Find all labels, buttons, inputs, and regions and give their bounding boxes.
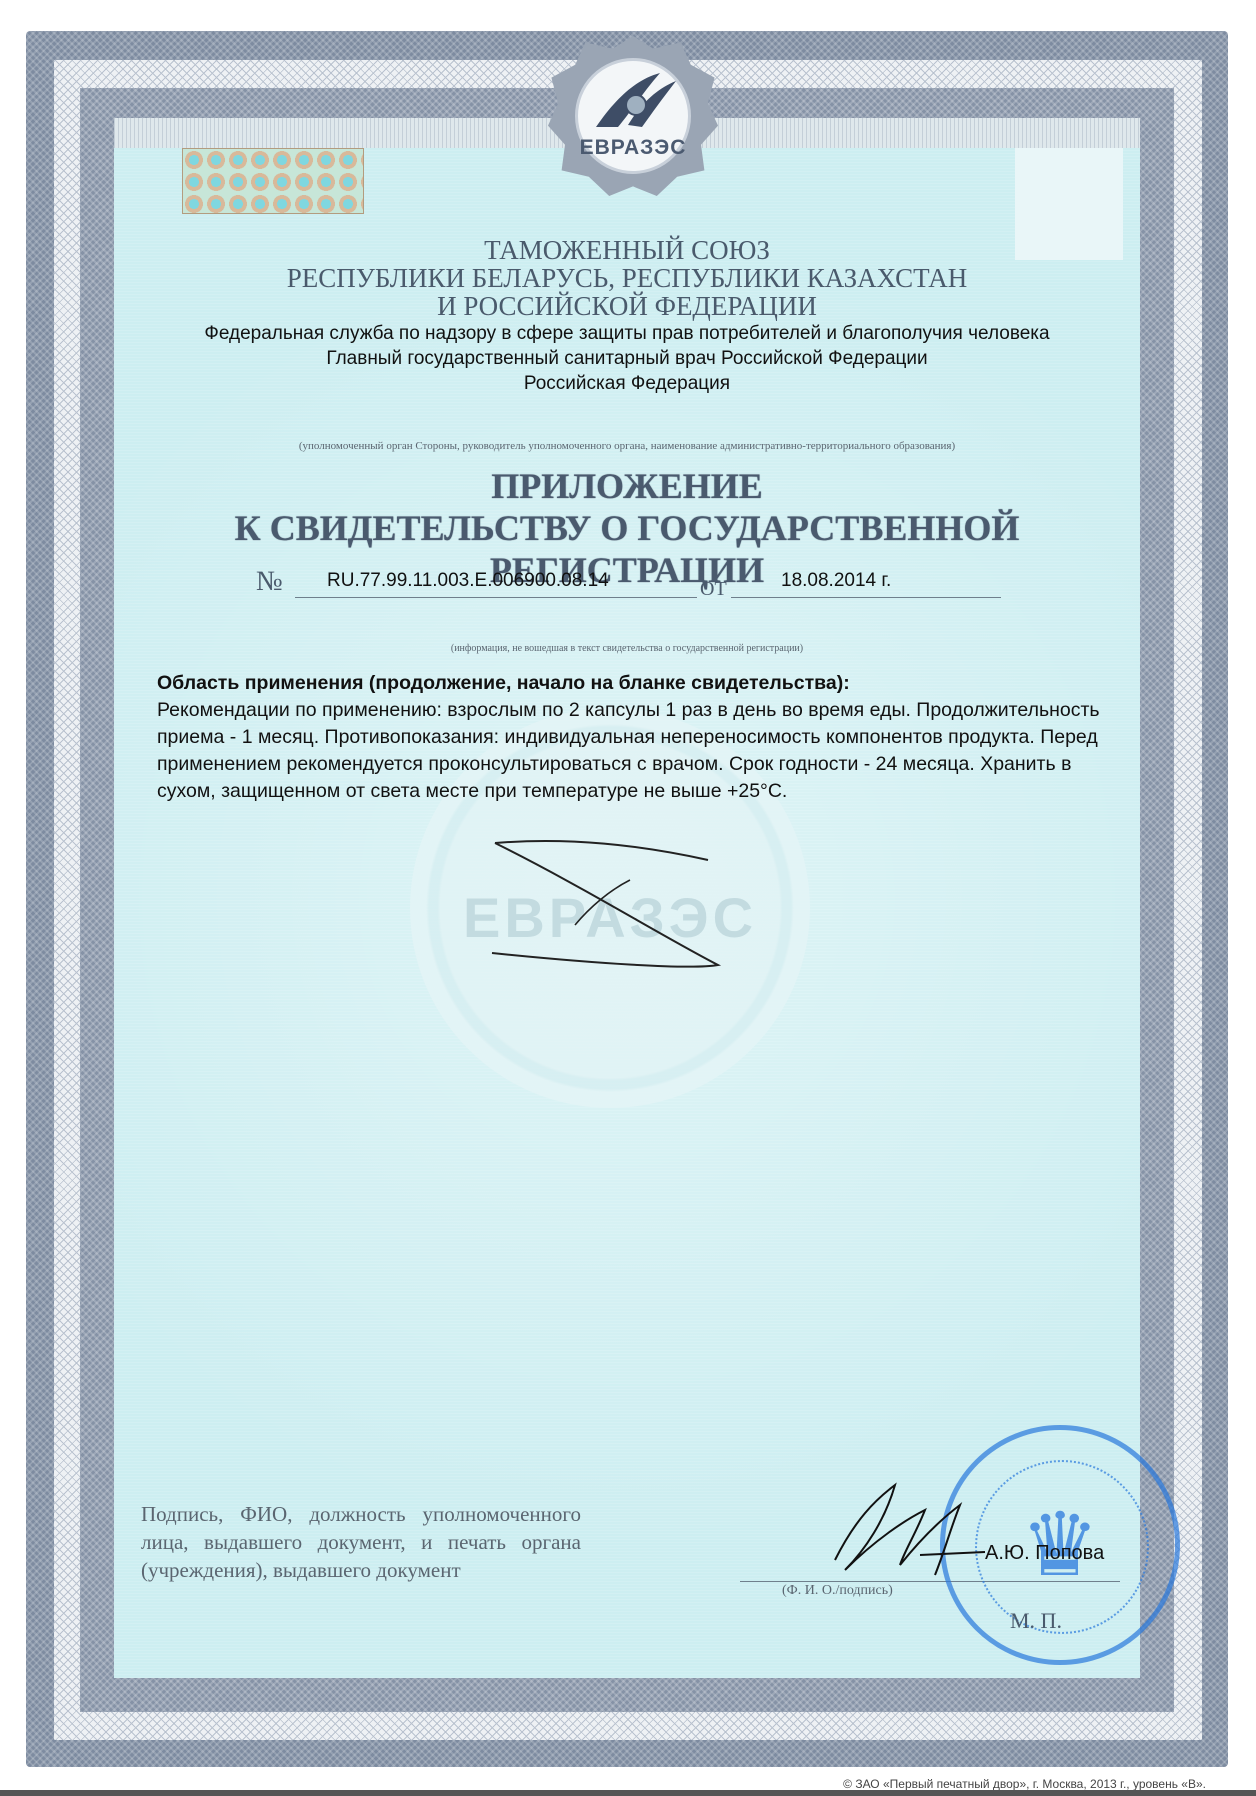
cancellation-scribble [490,835,740,985]
number-label: № [256,566,283,598]
section-heading: Область применения (продолжение, начало … [157,670,1107,697]
header-line-2: РЕСПУБЛИКИ БЕЛАРУСЬ, РЕСПУБЛИКИ КАЗАХСТА… [114,264,1140,292]
eurasec-emblem: ЕВРАЗЭС [548,36,718,196]
signature-label-line-2: лица, выдавшего документ, и печать орган… [141,1528,581,1556]
date-label: ОТ [700,578,727,601]
signature-caption: (Ф. И. О./подпись) [782,1583,893,1599]
header-line-3: И РОССИЙСКОЙ ФЕДЕРАЦИИ [114,292,1140,320]
number-underline [295,597,697,598]
authority-caption: (уполномоченный орган Стороны, руководит… [114,440,1140,452]
header-line-1: ТАМОЖЕННЫЙ СОЮЗ [114,236,1140,264]
registration-caption: (информация, не вошедшая в текст свидете… [114,643,1140,654]
page-title: ПРИЛОЖЕНИЕ [114,465,1140,507]
section-text: Рекомендации по применению: взрослым по … [157,697,1107,805]
handwritten-signature [825,1480,990,1580]
registration-date: 18.08.2014 г. [781,570,891,592]
authority-line-3: Российская Федерация [114,371,1140,396]
signature-label-line-1: Подпись, ФИО, должность уполномоченного [141,1500,581,1528]
emblem-label: ЕВРАЗЭС [548,136,718,160]
seal-mark: М. П. [1010,1608,1062,1634]
scan-edge [0,1790,1256,1796]
signature-label-line-3: (учреждения), выдавшего документ [141,1556,581,1584]
registration-number: RU.77.99.11.003.E.006900.08.14 [327,570,609,592]
hologram-icon [182,148,364,214]
authority-line-1: Федеральная служба по надзору в сфере за… [114,321,1140,346]
date-underline [731,597,1001,598]
signatory-name: А.Ю. Попова [985,1542,1104,1565]
printer-footer: © ЗАО «Первый печатный двор», г. Москва,… [843,1777,1206,1791]
authority-line-2: Главный государственный санитарный врач … [114,346,1140,371]
